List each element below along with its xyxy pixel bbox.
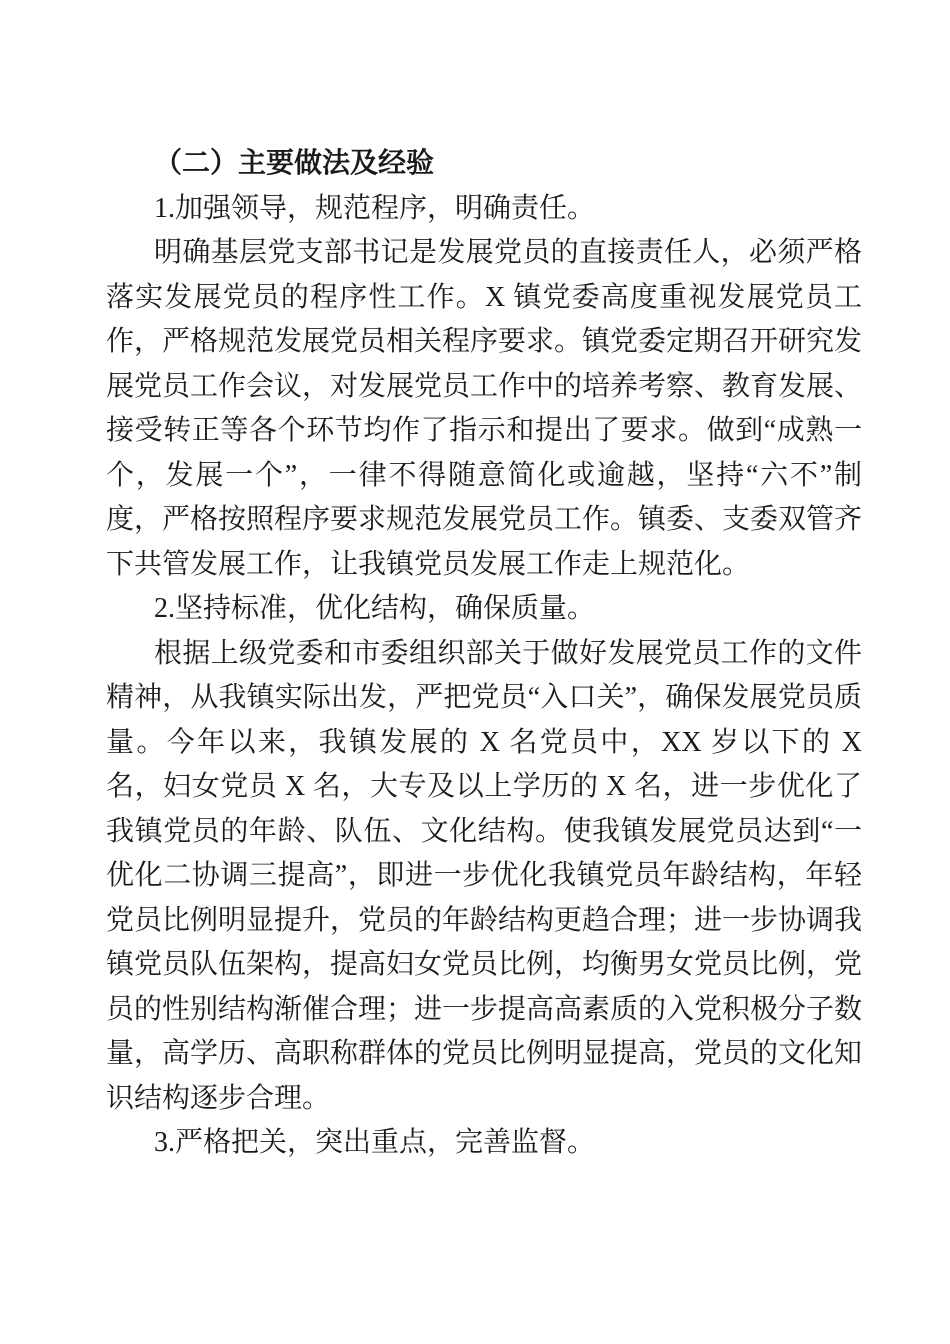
section-heading: （二）主要做法及经验 [106, 142, 862, 187]
body-paragraph-1: 明确基层党支部书记是发展党员的直接责任人，必须严格落实发展党员的程序性工作。X … [106, 231, 862, 587]
numbered-item-2: 2.坚持标准，优化结构，确保质量。 [106, 587, 862, 632]
body-paragraph-2: 根据上级党委和市委组织部关于做好发展党员工作的文件精神，从我镇实际出发，严把党员… [106, 632, 862, 1122]
document-page: （二）主要做法及经验 1.加强领导，规范程序，明确责任。 明确基层党支部书记是发… [0, 0, 950, 1344]
numbered-item-1: 1.加强领导，规范程序，明确责任。 [106, 187, 862, 232]
document-content: （二）主要做法及经验 1.加强领导，规范程序，明确责任。 明确基层党支部书记是发… [106, 142, 862, 1166]
numbered-item-3: 3.严格把关，突出重点，完善监督。 [106, 1121, 862, 1166]
